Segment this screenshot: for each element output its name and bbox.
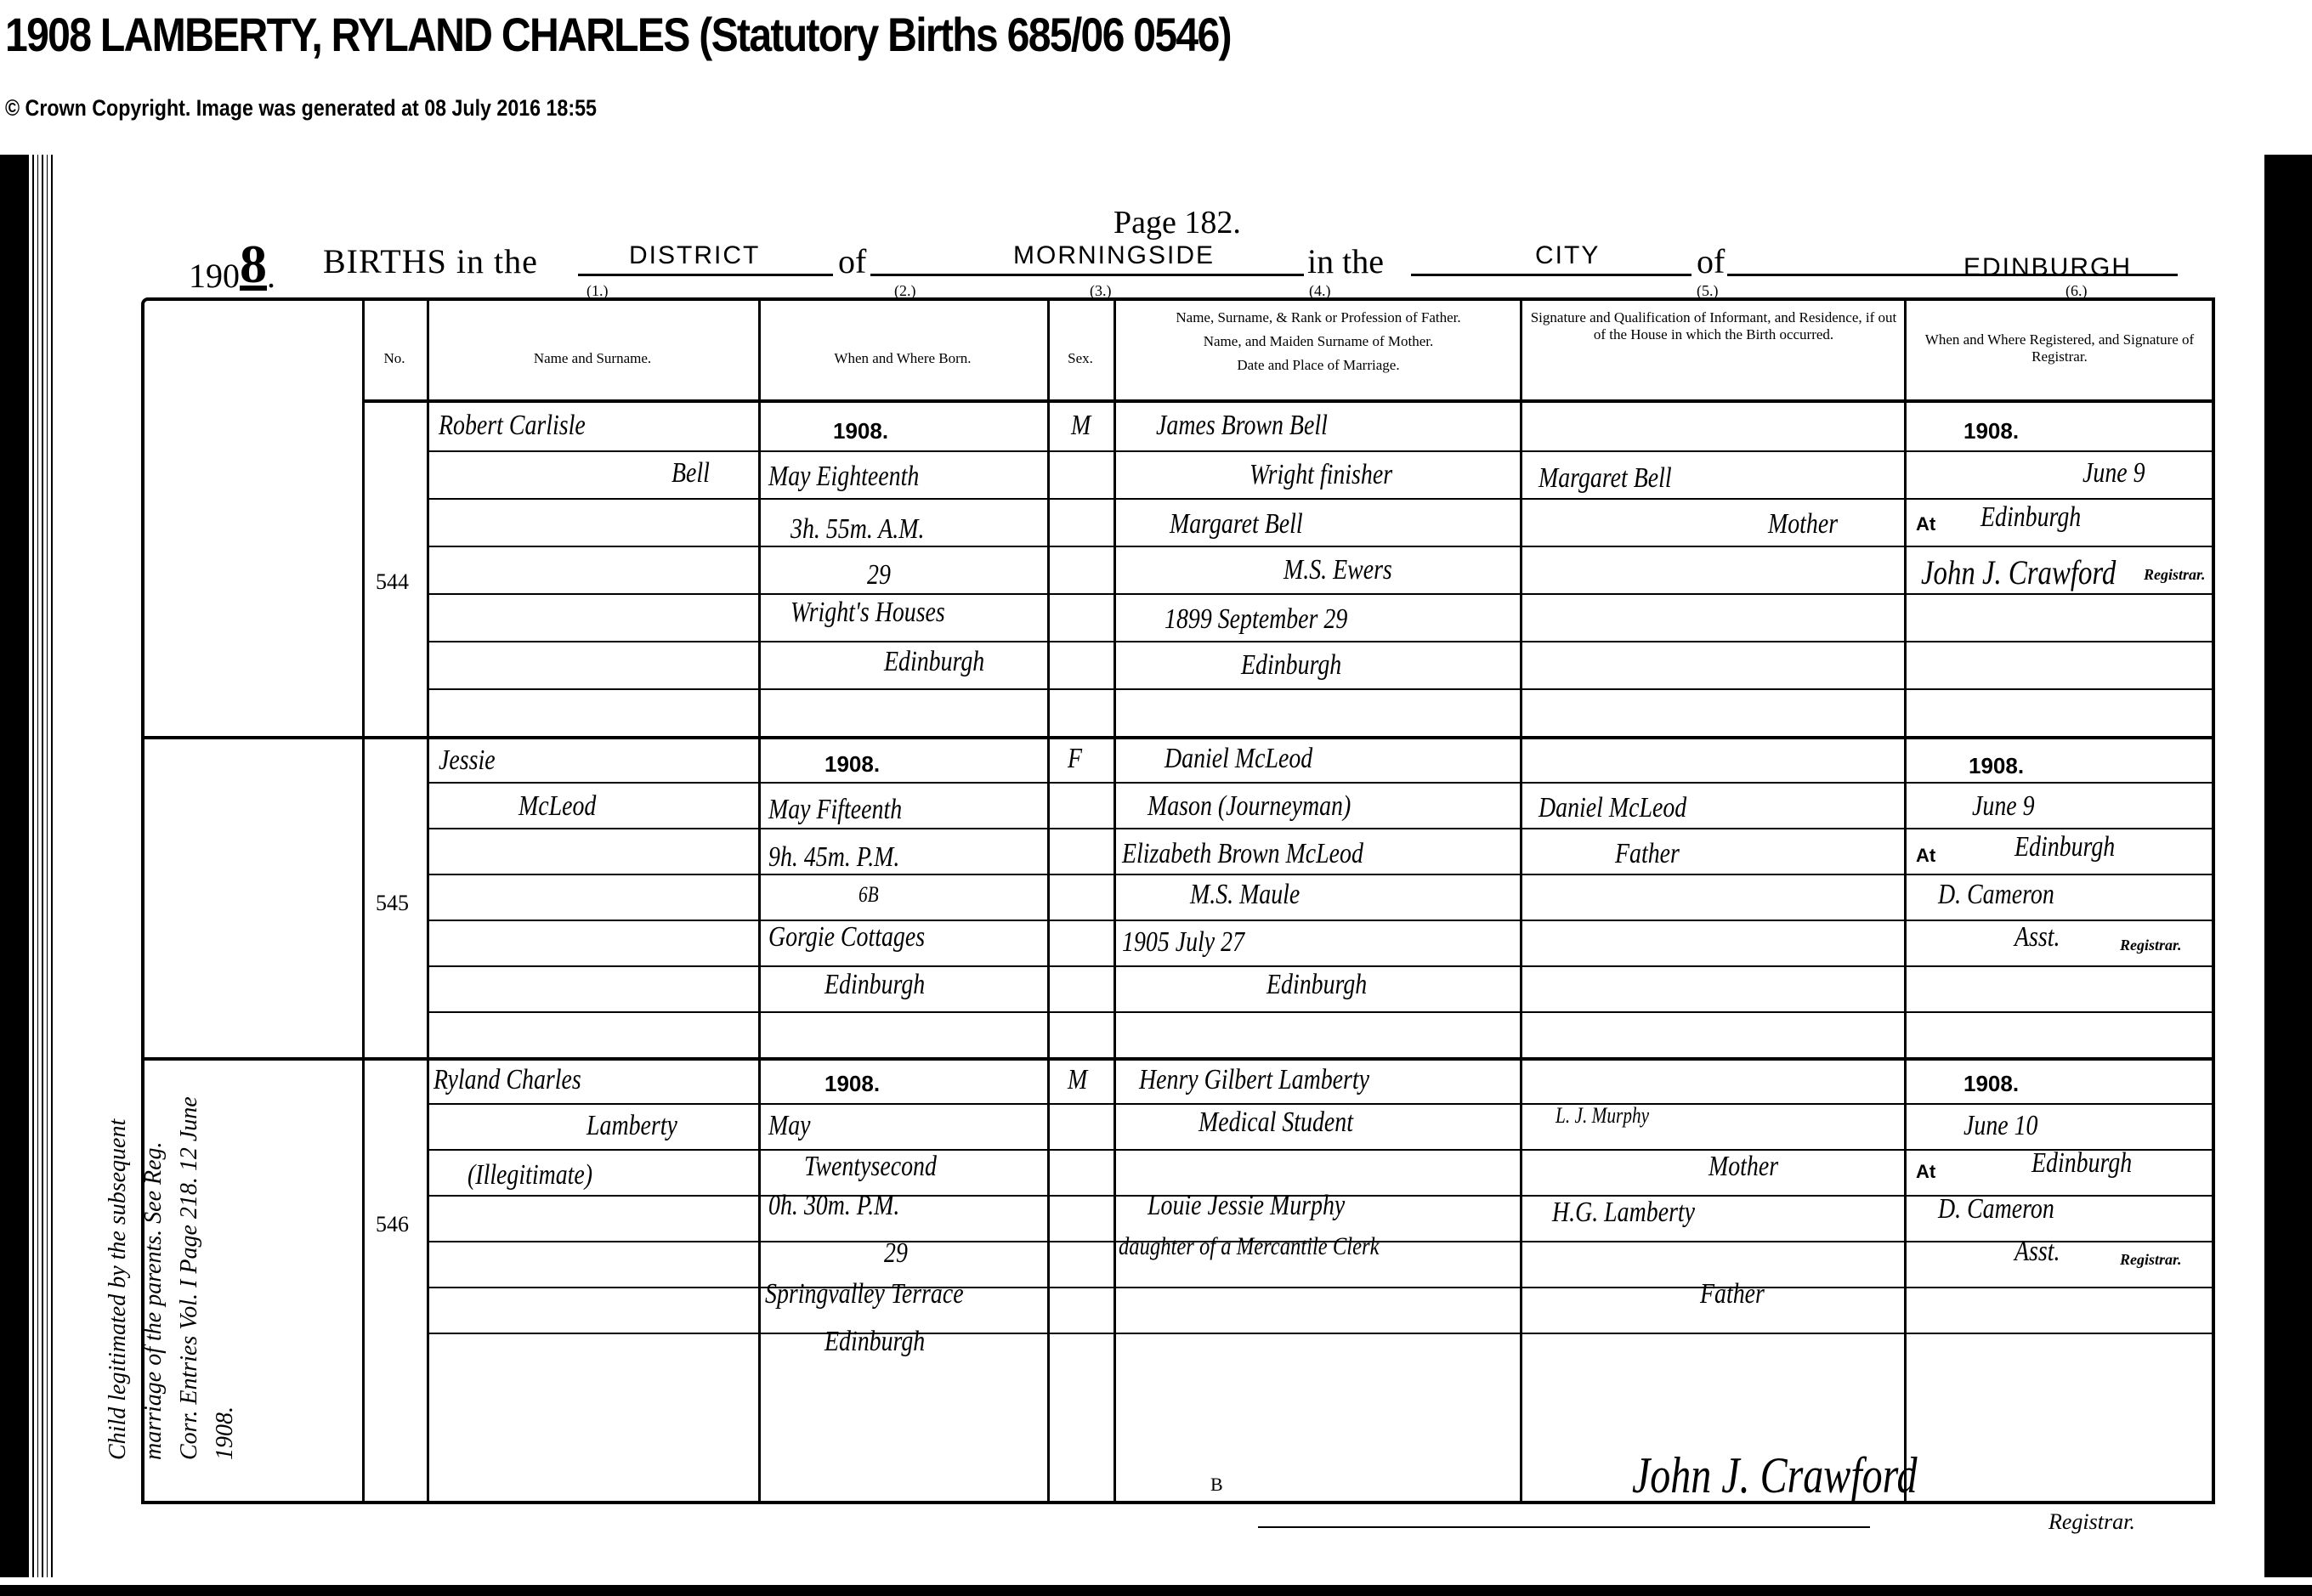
father-occupation: Mason (Journeyman) — [1147, 790, 1351, 823]
registration-date: June 10 — [1963, 1110, 2037, 1142]
marriage-place: Edinburgh — [1241, 649, 1341, 682]
birth-house-number: 6B — [858, 882, 879, 908]
child-name: Ryland Charles — [433, 1064, 581, 1096]
page-number: Page 182. — [1113, 204, 1241, 241]
of-label-2: of — [1697, 241, 1725, 281]
birth-year: 1908. — [824, 751, 880, 778]
mother-name: Margaret Bell — [1170, 508, 1303, 540]
father-name: Daniel McLeod — [1164, 743, 1312, 775]
child-surname: McLeod — [518, 790, 596, 823]
sheet-letter: B — [1210, 1474, 1223, 1496]
scan-border-left — [0, 155, 29, 1596]
book-binding-edge — [29, 155, 56, 1596]
informant-qualification: Father — [1615, 838, 1680, 870]
register-year: 1908. — [189, 238, 275, 301]
marriage-date: 1899 September 29 — [1164, 603, 1347, 636]
birth-place: Gorgie Cottages — [768, 921, 925, 954]
copyright-notice: © Crown Copyright. Image was generated a… — [5, 95, 597, 122]
registration-place: Edinburgh — [2014, 831, 2115, 863]
register-page-scan: Page 182. 1908. BIRTHS in the DISTRICT o… — [0, 155, 2312, 1596]
registration-year: 1908. — [1963, 1071, 2019, 1097]
births-label: BIRTHS in the — [323, 241, 538, 281]
registration-at-label: At — [1916, 845, 1935, 867]
col-header-no: No. — [362, 350, 427, 367]
birth-place: Wright's Houses — [790, 597, 945, 629]
assistant-registrar-signature: D. Cameron — [1938, 879, 2054, 911]
registration-year: 1908. — [1963, 418, 2019, 444]
col-header-registered: When and Where Registered, and Signature… — [1911, 331, 2208, 365]
registration-date: June 9 — [2082, 457, 2145, 490]
informant-father-signature: H.G. Lamberty — [1552, 1197, 1695, 1229]
father-occupation: Wright finisher — [1249, 459, 1392, 491]
registration-year: 1908. — [1969, 753, 2024, 779]
record-banner-title: 1908 LAMBERTY, RYLAND CHARLES (Statutory… — [5, 7, 1231, 62]
in-the-label: in the — [1307, 241, 1384, 281]
col-header-sex: Sex. — [1047, 350, 1113, 367]
col-header-name: Name and Surname. — [427, 350, 758, 367]
registrar-label: Registrar. — [2120, 1251, 2182, 1269]
informant-mother-signature: L. J. Murphy — [1555, 1103, 1649, 1129]
registration-place: Edinburgh — [2031, 1147, 2132, 1180]
district-name: MORNINGSIDE — [1013, 241, 1215, 270]
entry-number: 546 — [376, 1212, 409, 1237]
birth-year: 1908. — [824, 1071, 880, 1097]
registration-at-label: At — [1916, 513, 1935, 535]
assistant-label: Asst. — [2014, 1236, 2060, 1268]
child-surname: Lamberty — [586, 1110, 677, 1142]
child-sex: F — [1068, 743, 1082, 775]
col-header-informant: Signature and Qualification of Informant… — [1527, 309, 1901, 343]
child-name: Jessie — [439, 744, 496, 777]
birth-date: May Eighteenth — [768, 461, 919, 493]
marginal-legitimation-note: Child legitimated by the subsequent marr… — [100, 1095, 355, 1460]
registration-at-label: At — [1916, 1161, 1935, 1183]
registrar-label: Registrar. — [2120, 937, 2182, 954]
birth-time: 3h. 55m. A.M. — [790, 513, 924, 546]
mother-name: Louie Jessie Murphy — [1147, 1190, 1345, 1222]
birth-day: Twentysecond — [804, 1151, 937, 1183]
registrar-label: Registrar. — [2144, 566, 2206, 584]
registrar-signature: John J. Crawford — [1921, 552, 2116, 592]
marriage-place: Edinburgh — [1266, 969, 1367, 1001]
assistant-label: Asst. — [2014, 921, 2060, 954]
registrar-label: Registrar. — [2048, 1509, 2135, 1535]
informant-mother-qualification: Mother — [1708, 1151, 1778, 1183]
birth-town: Edinburgh — [884, 646, 984, 678]
mother-maiden-surname: M.S. Ewers — [1283, 554, 1392, 586]
informant-father-qualification: Father — [1700, 1278, 1765, 1310]
child-sex: M — [1071, 410, 1091, 442]
birth-house-number: 29 — [867, 559, 891, 591]
birth-town: Edinburgh — [824, 1326, 925, 1358]
scan-border-right — [2264, 155, 2312, 1596]
of-label-1: of — [838, 241, 866, 281]
mother-maiden-surname: M.S. Maule — [1190, 879, 1300, 911]
district-type: DISTRICT — [629, 241, 760, 270]
marriage-date: 1905 July 27 — [1122, 926, 1244, 959]
child-surname: Bell — [671, 457, 710, 490]
informant-qualification: Mother — [1768, 508, 1838, 540]
registration-date: June 9 — [1972, 790, 2035, 823]
birth-year: 1908. — [833, 418, 888, 444]
entry-number: 544 — [376, 569, 409, 595]
informant-signature: Daniel McLeod — [1538, 792, 1686, 824]
assistant-registrar-signature: D. Cameron — [1938, 1193, 2054, 1225]
birth-date: May Fifteenth — [768, 794, 902, 826]
registrar-signature-line — [1258, 1526, 1870, 1528]
informant-signature: Margaret Bell — [1538, 462, 1672, 495]
registration-place: Edinburgh — [1980, 501, 2081, 534]
legitimacy-note: (Illegitimate) — [467, 1159, 592, 1191]
birth-time: 9h. 45m. P.M. — [768, 841, 899, 874]
registrar-signature: John J. Crawford — [1632, 1446, 1918, 1505]
col-header-parents: Name, Surname, & Rank or Profession of F… — [1117, 309, 1520, 374]
birth-time: 0h. 30m. P.M. — [768, 1190, 899, 1222]
area-name: EDINBURGH — [1963, 253, 2132, 282]
birth-house-number: 29 — [884, 1237, 908, 1270]
mother-description: daughter of a Mercantile Clerk — [1119, 1232, 1380, 1261]
father-occupation: Medical Student — [1198, 1106, 1353, 1139]
col-header-born: When and Where Born. — [758, 350, 1047, 367]
birth-place: Springvalley Terrace — [765, 1278, 964, 1310]
scan-border-bottom — [0, 1577, 2312, 1596]
father-name: James Brown Bell — [1156, 410, 1328, 442]
father-name: Henry Gilbert Lamberty — [1139, 1064, 1369, 1096]
area-type: CITY — [1535, 241, 1600, 270]
birth-town: Edinburgh — [824, 969, 925, 1001]
entry-number: 545 — [376, 891, 409, 916]
birth-register-table: No. Name and Surname. When and Where Bor… — [141, 297, 2215, 1504]
mother-name: Elizabeth Brown McLeod — [1122, 838, 1363, 870]
child-sex: M — [1068, 1064, 1087, 1096]
birth-month: May — [768, 1110, 811, 1142]
child-name: Robert Carlisle — [439, 410, 586, 442]
